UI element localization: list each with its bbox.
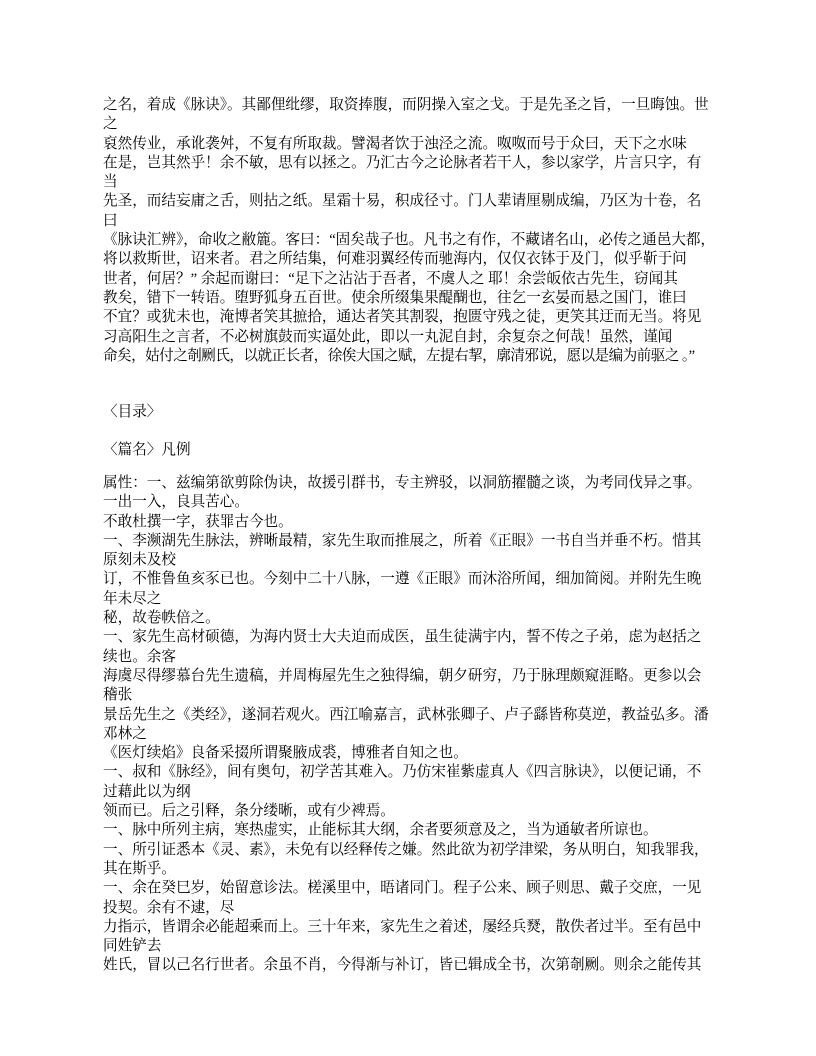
document-page: 之名，着成《脉诀》。其鄙俚纰缪，取资捧腹，而阴操入室之戈。于是先圣之旨，一旦晦蚀… xyxy=(0,0,816,1056)
text-line: 当 xyxy=(103,173,715,192)
text-line: 一、李濒湖先生脉法，辨晰最精，家先生取而推展之，所着《正眼》一书自当并垂不朽。惜… xyxy=(103,532,709,551)
text-line: 在是，岂其然乎！余不敏，思有以拯之。乃汇古今之论脉者若干人，参以家学，片言只字，… xyxy=(103,154,715,173)
text-line: 一、家先生高材硕德，为海内贤士大夫迫而成医，虽生徒满宇内，誓不传之子弟，虑为赵括… xyxy=(103,628,709,647)
text-line: 命矣，姑付之剞劂氏，以就正长者，徐俟大国之赋，左提右挈，廓清邪说，愿以是编为前驱… xyxy=(103,347,715,366)
text-line: 稽张 xyxy=(103,686,709,705)
text-line: 之 xyxy=(103,115,715,134)
text-line: 属性：一、兹编第欲剪除伪诀，故援引群书，专主辨驳，以洞筋擢髓之谈，为考同伐异之事… xyxy=(103,474,709,493)
text-line: 一、脉中所列主病，寒热虚实，止能标其大纲，余者要须意及之，当为通敏者所谅也。 xyxy=(103,821,709,840)
text-line: 领而已。后之引释，条分缕晰，或有少裨焉。 xyxy=(103,802,709,821)
text-line: 投契。余有不逮，尽 xyxy=(103,899,709,918)
text-line: 其在斯乎。 xyxy=(103,860,709,879)
text-line: 之名，着成《脉诀》。其鄙俚纰缪，取资捧腹，而阴操入室之戈。于是先圣之旨，一旦晦蚀… xyxy=(103,96,715,115)
text-line: 秘，故卷帙倍之。 xyxy=(103,609,709,628)
text-line: 先圣，而结妄庸之舌，则拈之纸。星霜十易，积成径寸。门人辈请厘剔成编，乃区为十卷，… xyxy=(103,192,715,211)
text-line: 海虞尽得缪慕台先生遗稿，并周梅屋先生之独得编，朝夕研穷，乃于脉理颇窥涯略。更参以… xyxy=(103,667,709,686)
chapter-title: 〈篇名〉凡例 xyxy=(103,441,191,460)
text-line: 订，不惟鲁鱼亥豕已也。今刻中二十八脉，一遵《正眼》而沐浴所闻，细加简阅。并附先生… xyxy=(103,570,709,589)
text-line: 一出一入，良具苦心。 xyxy=(103,493,709,512)
text-line: 习高阳生之言者，不必树旗鼓而实逼处此，即以一丸泥自封，余复奈之何哉！虽然，谨闻 xyxy=(103,328,715,347)
toc-heading: 〈目录〉 xyxy=(103,403,161,422)
text-line: 不宜？或犹未也，淹博者笑其摭拾，通达者笑其割裂，抱匮守残之徒，更笑其迂而无当。将… xyxy=(103,308,715,327)
text-line: 力指示，皆谓余必能超乘而上。三十年来，家先生之着述，屡经兵燹，散佚者过半。至有邑… xyxy=(103,918,709,937)
text-line: 年未尽之 xyxy=(103,590,709,609)
text-line: 教矣，错下一转语。堕野狐身五百世。使余所缀集果醍醐也，往乞一玄晏而悬之国门，谁曰 xyxy=(103,289,715,308)
text-line: 邓林之 xyxy=(103,725,709,744)
text-line: 过藉此以为纲 xyxy=(103,783,709,802)
text-line: 《医灯续焰》良备采掇所谓聚腋成裘，博雅者自知之也。 xyxy=(103,744,709,763)
preface-paragraph: 之名，着成《脉诀》。其鄙俚纰缪，取资捧腹，而阴操入室之戈。于是先圣之旨，一旦晦蚀… xyxy=(103,96,715,366)
text-line: 原刻未及校 xyxy=(103,551,709,570)
text-line: 一、叔和《脉经》，间有奥句，初学苦其难入。乃仿宋崔紫虚真人《四言脉诀》，以便记诵… xyxy=(103,763,709,782)
text-line: 同姓铲去 xyxy=(103,937,709,956)
text-line: 一、余在癸巳岁，始留意诊法。槎溪里中，晤诸同门。程子公来、顾子则思、戴子交庶，一… xyxy=(103,879,709,898)
fanli-paragraph: 属性：一、兹编第欲剪除伪诀，故援引群书，专主辨驳，以洞筋擢髓之谈，为考同伐异之事… xyxy=(103,474,709,976)
text-line: 将以救斯世，诏来者。君之所结集，何难羽翼经传而驰海内，仅仅衣钵于及门，似乎靳于问 xyxy=(103,250,715,269)
text-line: 《脉诀汇辨》，命收之敝簏。客曰：“固矣哉子也。凡书之有作，不藏诸名山，必传之通邑… xyxy=(103,231,715,250)
text-line: 世者，何居？” 余起而谢曰：“足下之沾沾于吾者，不虞人之 耶！余尝皈依古先生，窃… xyxy=(103,270,715,289)
text-line: 曰 xyxy=(103,212,715,231)
text-line: 姓氏，冒以己名行世者。余虽不肖，今得渐与补订，皆已辑成全书，次第剞劂。则余之能传… xyxy=(103,956,709,975)
text-line: 景岳先生之《类经》，遂洞若观火。西江喻嘉言，武林张卿子、卢子繇皆称莫逆，教益弘多… xyxy=(103,706,709,725)
text-line: 裒然传业，承讹袭舛，不复有所取裁。譬渴者饮于浊泾之流。呶呶而号于众曰，天下之水味 xyxy=(103,135,715,154)
text-line: 不敢杜撰一字，获罪古今也。 xyxy=(103,513,709,532)
text-line: 续也。余客 xyxy=(103,648,709,667)
text-line: 一、所引证悉本《灵、素》，未免有以经释传之嫌。然此欲为初学津梁，务从明白，知我罪… xyxy=(103,841,709,860)
